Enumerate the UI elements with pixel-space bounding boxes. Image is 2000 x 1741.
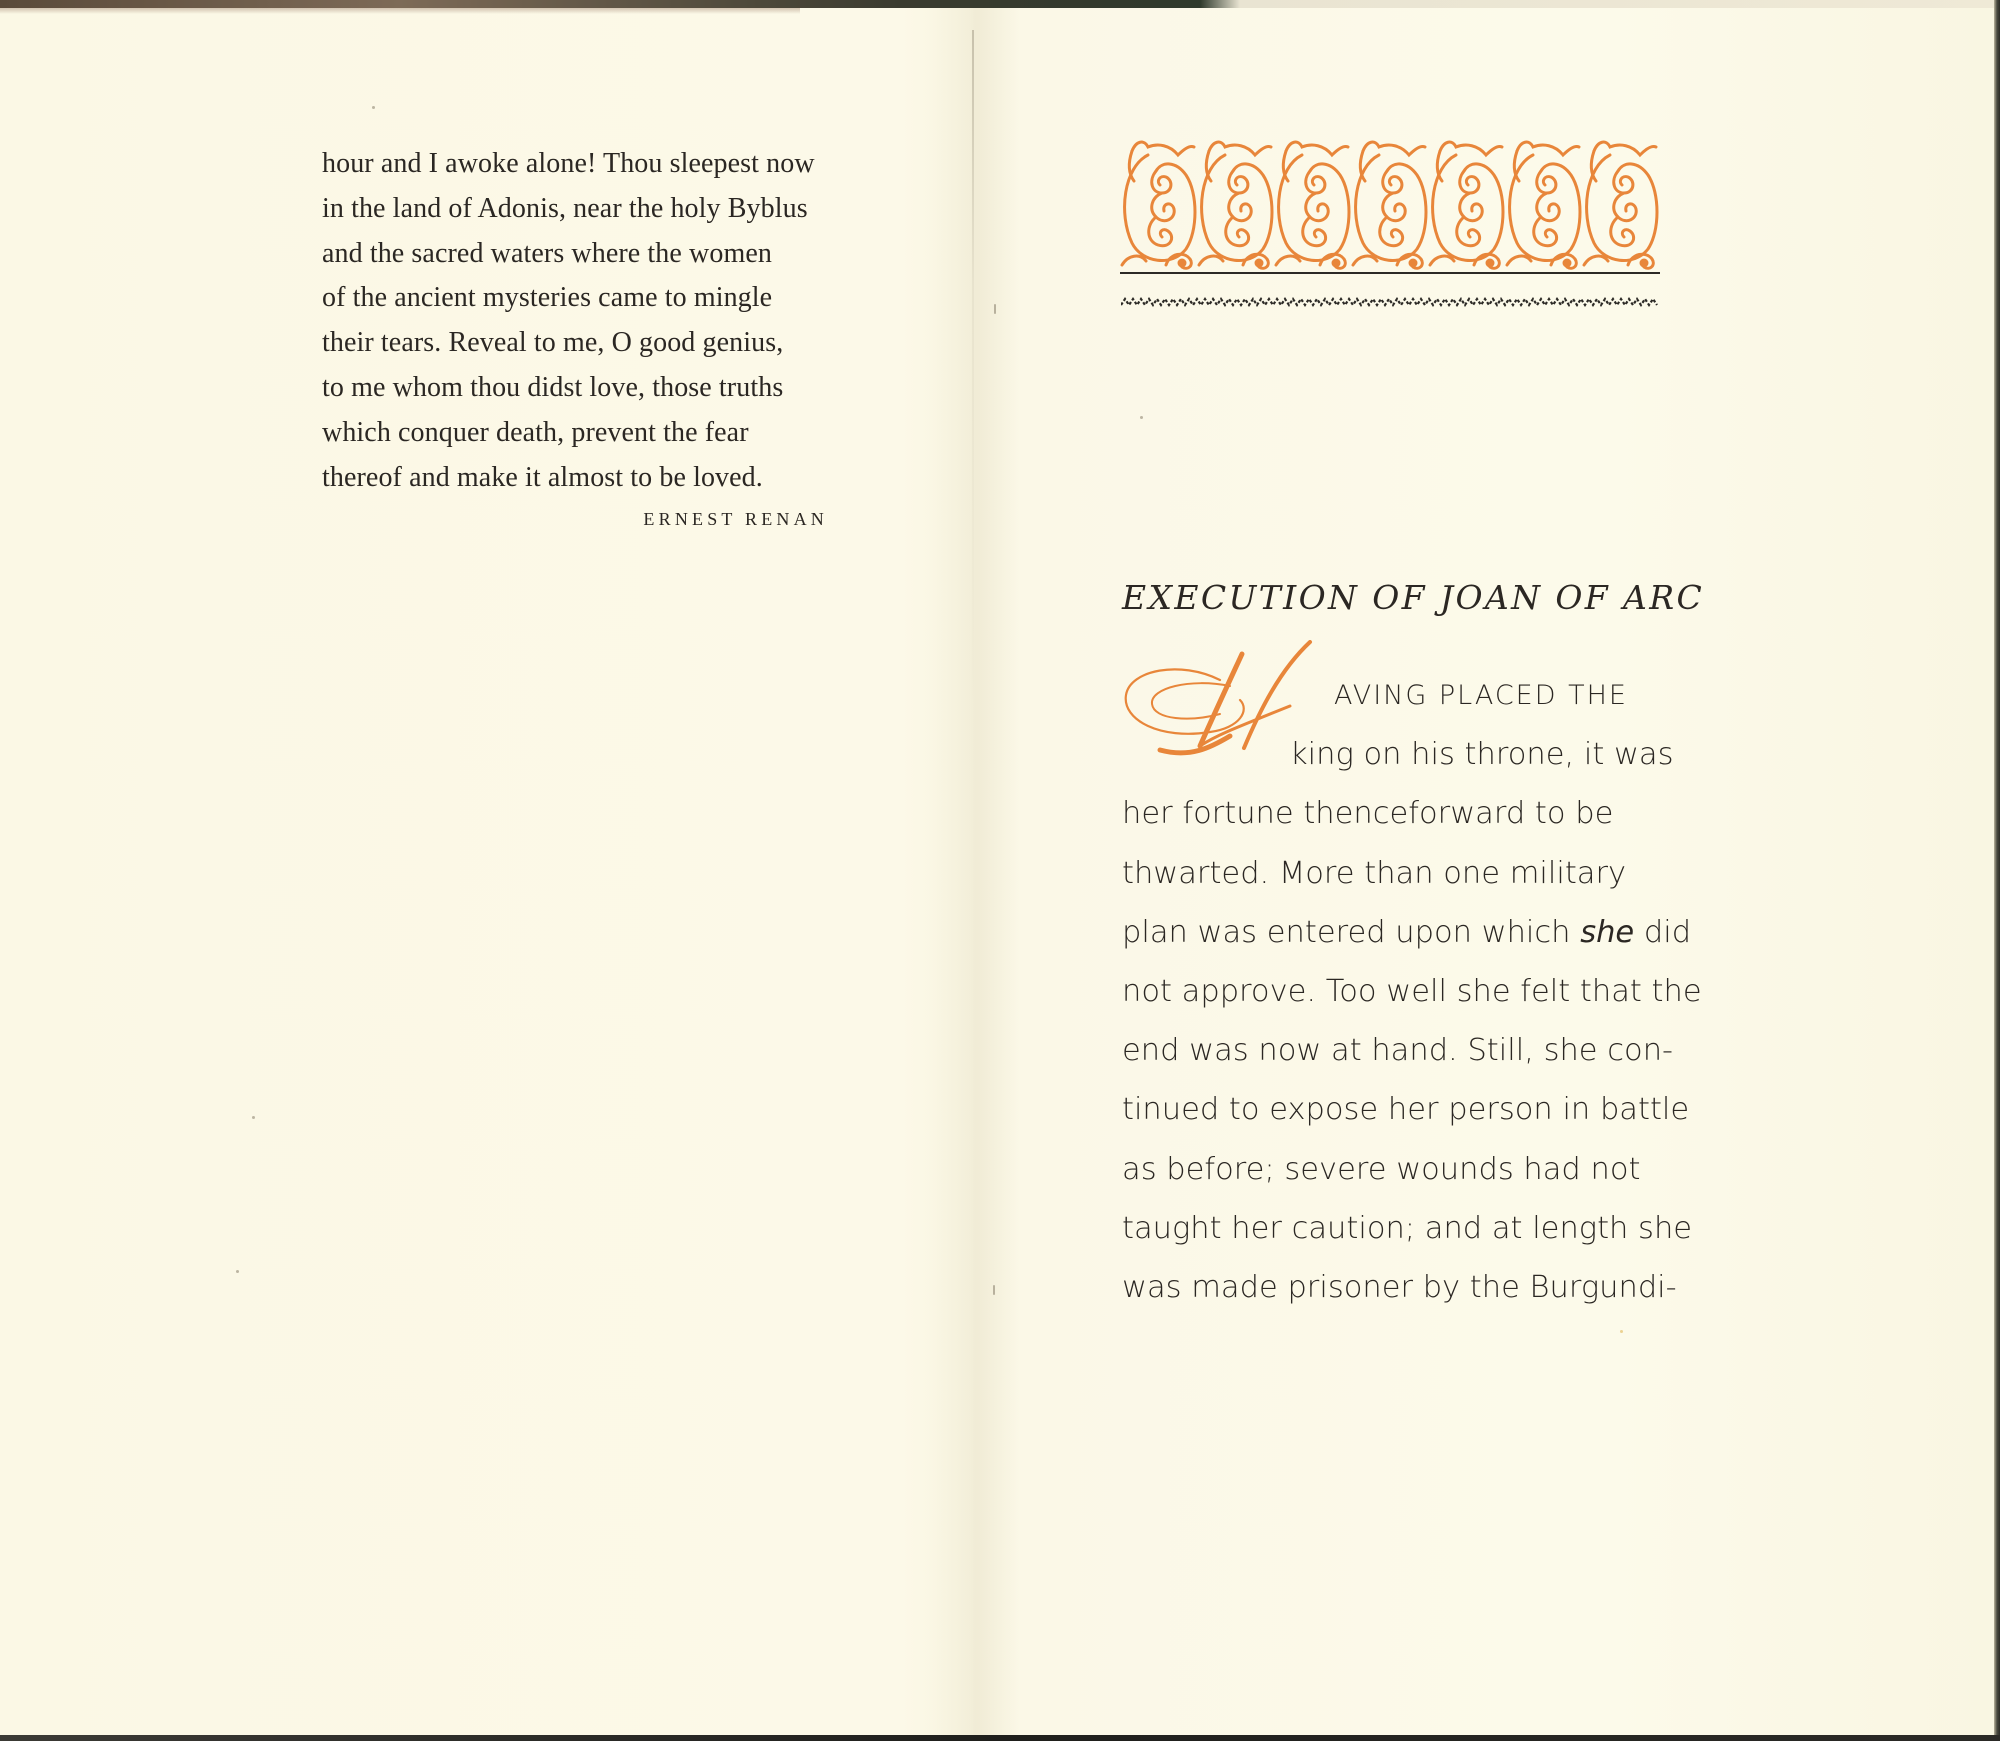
body-line: thwarted. More than one military xyxy=(1122,844,1667,903)
quote-line: their tears. Reveal to me, O good genius… xyxy=(322,321,882,366)
body-line: as before; severe wounds had not xyxy=(1122,1140,1667,1199)
paper-speck xyxy=(1140,416,1143,419)
chapter-title: EXECUTION OF JOAN OF ARC xyxy=(1122,578,1662,617)
quote-line: thereof and make it almost to be loved. xyxy=(322,456,882,501)
quote-attribution: ERNEST RENAN xyxy=(322,509,828,530)
body-line: plan was entered upon which she did xyxy=(1122,903,1667,962)
quote-line: in the land of Adonis, near the holy Byb… xyxy=(322,187,882,232)
quote-line: to me whom thou didst love, those truths xyxy=(322,366,882,411)
quote-line: hour and I awoke alone! Thou sleepest no… xyxy=(322,142,882,187)
body-text-span: plan was entered upon which xyxy=(1122,915,1580,950)
paper-mark xyxy=(994,304,996,314)
body-line: king on his throne, it was xyxy=(1122,725,1667,784)
body-line: taught her caution; and at length she xyxy=(1122,1199,1667,1258)
quote-line: which conquer death, prevent the fear xyxy=(322,411,882,456)
chapter-body: AVING PLACED THE king on his throne, it … xyxy=(1122,666,1667,1317)
body-line: was made prisoner by the Burgundi- xyxy=(1122,1258,1667,1317)
paper-speck xyxy=(252,1116,255,1119)
bottom-page-edge xyxy=(0,1735,2000,1741)
body-line: her fortune thenceforward to be xyxy=(1122,784,1667,843)
emphasis-she: she xyxy=(1580,915,1634,950)
zigzag-border-icon xyxy=(1121,293,1661,305)
paper-speck xyxy=(372,106,375,109)
paper-speck xyxy=(1620,1330,1623,1333)
paper-speck xyxy=(236,1270,239,1273)
quote-line: of the ancient mysteries came to mingle xyxy=(322,276,882,321)
top-edge-shadow xyxy=(0,8,800,14)
body-line: tinued to expose her person in battle xyxy=(1122,1080,1667,1139)
body-line: end was now at hand. Still, she con- xyxy=(1122,1021,1667,1080)
body-line: not approve. Too well she felt that the xyxy=(1122,962,1667,1021)
top-page-edge xyxy=(0,0,2000,8)
gutter-shadow xyxy=(930,0,1020,1741)
scroll-flourish-border-icon xyxy=(1118,133,1660,275)
ornament-rule xyxy=(1120,272,1660,274)
renan-quotation: hour and I awoke alone! Thou sleepest no… xyxy=(322,142,882,500)
book-gutter xyxy=(972,30,974,1730)
right-page-edge xyxy=(1994,0,2000,1741)
quote-line: and the sacred waters where the women xyxy=(322,232,882,277)
body-line: AVING PLACED THE xyxy=(1122,666,1667,725)
paper-mark xyxy=(993,1285,995,1295)
body-text-span: did xyxy=(1634,915,1691,950)
